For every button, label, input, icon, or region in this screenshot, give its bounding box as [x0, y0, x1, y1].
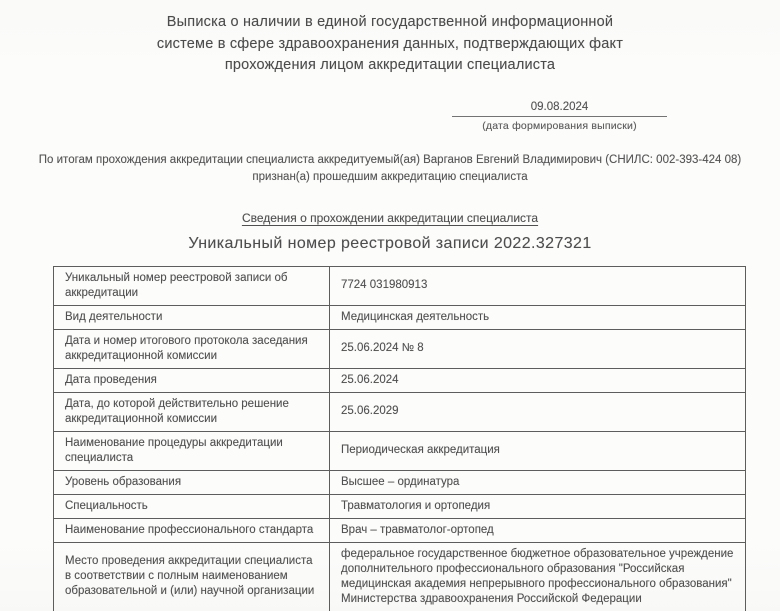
row-label: Уникальный номер реестровой записи об ак… [54, 266, 330, 305]
document-title: Выписка о наличии в единой государственн… [0, 0, 780, 77]
row-value: 7724 031980913 [330, 266, 746, 305]
table-row: Дата, до которой действительно решение а… [54, 392, 746, 431]
row-label: Наименование профессионального стандарта [54, 518, 330, 542]
table-row: Наименование профессионального стандарта… [54, 518, 746, 542]
table-row: Дата и номер итогового протокола заседан… [54, 329, 746, 368]
row-label: Вид деятельности [54, 305, 330, 329]
formation-date-caption: (дата формирования выписки) [452, 117, 667, 132]
row-value: 25.06.2029 [330, 392, 746, 431]
accreditation-details-table: Уникальный номер реестровой записи об ак… [53, 266, 746, 611]
row-value: Врач – травматолог-ортопед [330, 518, 746, 542]
formation-date-block: 09.08.2024 (дата формирования выписки) [452, 101, 667, 132]
row-value: 25.06.2024 [330, 368, 746, 392]
row-value: федеральное государственное бюджетное об… [330, 542, 746, 611]
row-value: 25.06.2024 № 8 [330, 329, 746, 368]
table-row: Уникальный номер реестровой записи об ак… [54, 266, 746, 305]
row-value: Высшее – ординатура [330, 470, 746, 494]
document-page: Выписка о наличии в единой государственн… [0, 0, 780, 611]
table-row: Наименование процедуры аккредитации спец… [54, 431, 746, 470]
title-line: прохождения лицом аккредитации специалис… [0, 55, 780, 77]
row-label: Дата, до которой действительно решение а… [54, 392, 330, 431]
registry-number-line: Уникальный номер реестровой записи 2022.… [0, 235, 780, 253]
row-label: Дата и номер итогового протокола заседан… [54, 329, 330, 368]
table-row: Дата проведения 25.06.2024 [54, 368, 746, 392]
title-line: Выписка о наличии в единой государственн… [0, 12, 780, 34]
table-row: Вид деятельности Медицинская деятельност… [54, 305, 746, 329]
table-row: Специальность Травматология и ортопедия [54, 494, 746, 518]
formation-date-value: 09.08.2024 [452, 101, 667, 117]
table-row: Уровень образования Высшее – ординатура [54, 470, 746, 494]
row-label: Специальность [54, 494, 330, 518]
row-value: Периодическая аккредитация [330, 431, 746, 470]
row-label: Дата проведения [54, 368, 330, 392]
table-row: Место проведения аккредитации специалист… [54, 542, 746, 611]
row-value: Травматология и ортопедия [330, 494, 746, 518]
row-label: Место проведения аккредитации специалист… [54, 542, 330, 611]
section-header: Сведения о прохождении аккредитации спец… [0, 211, 780, 225]
accreditation-summary-paragraph: По итогам прохождения аккредитации специ… [34, 152, 746, 186]
title-line: системе в сфере здравоохранения данных, … [0, 34, 780, 56]
row-label: Наименование процедуры аккредитации спец… [54, 431, 330, 470]
row-value: Медицинская деятельность [330, 305, 746, 329]
row-label: Уровень образования [54, 470, 330, 494]
